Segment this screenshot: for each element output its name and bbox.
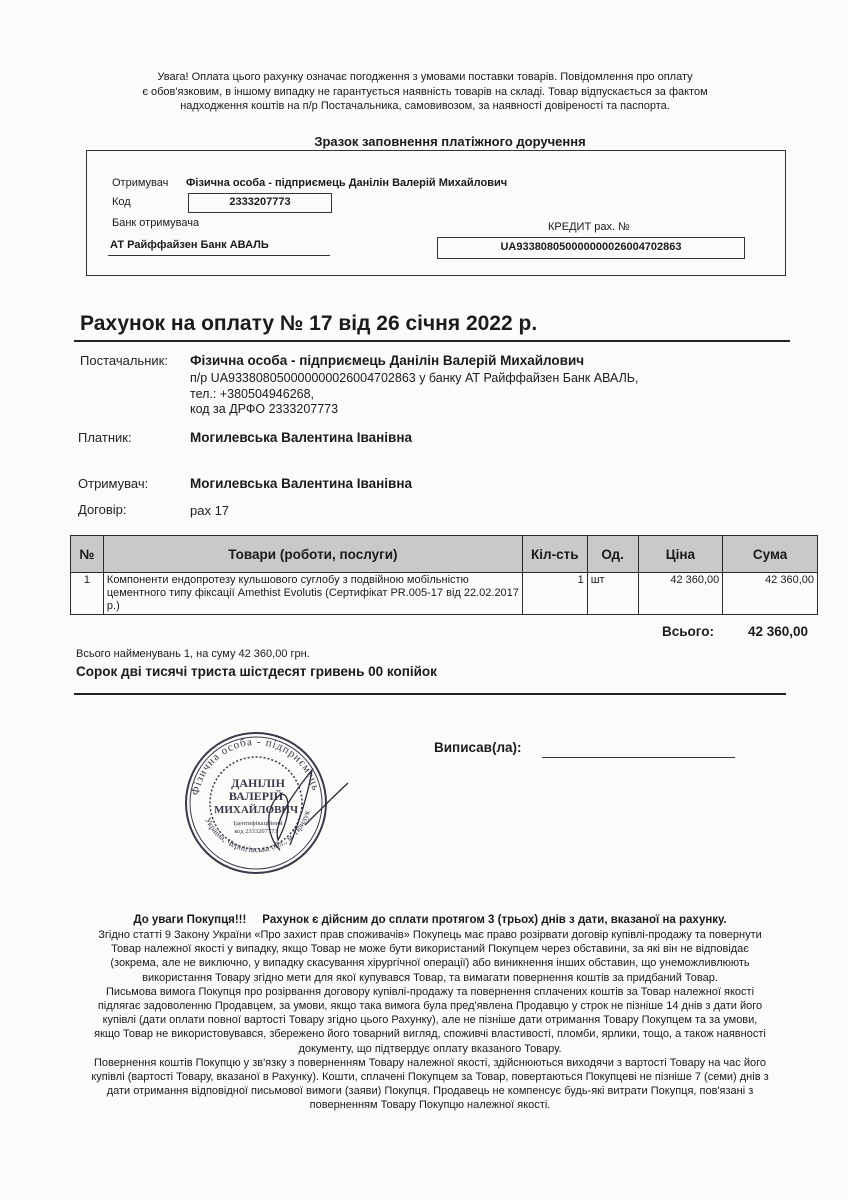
credit-label: КРЕДИТ рах. № — [548, 221, 630, 233]
legal-line: поверненням Товару Покупцю належної якос… — [74, 1098, 786, 1112]
supplier-details: п/р UA933808050000000026004702863 у банк… — [190, 371, 639, 418]
notice-line: є обов'язковим, в іншому випадку не гара… — [100, 85, 750, 100]
legal-line: використання Товару згідно мети для якої… — [74, 971, 786, 985]
payer-label: Платник: — [78, 430, 132, 445]
row-num: 1 — [71, 573, 104, 615]
stamp-seal-icon: Фізична особа - підприємець Україна, Чер… — [180, 725, 360, 875]
legal-line: купівлі (вартості Товару, вказаної в Рах… — [74, 1070, 786, 1084]
legal-heading: До уваги Покупця!!! Рахунок є дійсним до… — [80, 914, 780, 926]
legal-line: купівлі (дати оплати повної вартості Тов… — [74, 1013, 786, 1027]
legal-line: підлягає задоволенню Продавцем, за умови… — [74, 999, 786, 1013]
svg-text:Ідентифікаційний: Ідентифікаційний — [233, 820, 283, 827]
payment-notice: Увага! Оплата цього рахунку означає пого… — [100, 70, 750, 114]
total-label: Всього: — [662, 624, 714, 639]
notice-line: надходження коштів на п/р Постачальника,… — [100, 99, 750, 114]
supplier-phone: тел.: +380504946268, — [190, 387, 639, 403]
svg-text:ВАЛЕРІЙ: ВАЛЕРІЙ — [229, 789, 284, 803]
legal-line: Товар належної якості у випадку, якщо То… — [74, 942, 786, 956]
contract-label: Договір: — [78, 502, 127, 517]
svg-text:МИХАЙЛОВИЧ: МИХАЙЛОВИЧ — [214, 804, 298, 816]
title-rule — [74, 340, 790, 342]
row-goods: Компоненти ендопротезу кульшового суглоб… — [103, 573, 522, 615]
payment-sample-title: Зразок заповнення платіжного доручення — [80, 134, 820, 149]
notice-line: Увага! Оплата цього рахунку означає пого… — [100, 70, 750, 85]
svg-text:ДАНІЛІН: ДАНІЛІН — [231, 776, 286, 790]
signature-line — [542, 757, 735, 758]
row-price: 42 360,00 — [638, 573, 723, 615]
supplier-account: п/р UA933808050000000026004702863 у банк… — [190, 371, 639, 387]
invoice-title: Рахунок на оплату № 17 від 26 січня 2022… — [80, 312, 537, 336]
bank-label: Банк отримувача — [112, 217, 199, 229]
items-table: № Товари (роботи, послуги) Кіл-сть Од. Ц… — [70, 535, 818, 615]
legal-line: Згідно статті 9 Закону України «Про захи… — [74, 928, 786, 942]
legal-line: якщо Товар не використовувався, збережен… — [74, 1027, 786, 1041]
receiver-label: Отримувач: — [78, 476, 148, 491]
bank-underline — [108, 255, 330, 256]
col-price: Ціна — [638, 536, 723, 573]
col-goods: Товари (роботи, послуги) — [103, 536, 522, 573]
items-count-line: Всього найменувань 1, на суму 42 360,00 … — [76, 648, 310, 660]
contract-value: рах 17 — [190, 503, 229, 518]
issued-by-label: Виписав(ла): — [434, 740, 522, 755]
row-unit: шт — [587, 573, 638, 615]
row-sum: 42 360,00 — [723, 573, 818, 615]
code-value-box: 2333207773 — [188, 193, 332, 213]
col-unit: Од. — [587, 536, 638, 573]
legal-line: (зокрема, але не виключно, у випадку ска… — [74, 956, 786, 970]
table-row: 1 Компоненти ендопротезу кульшового сугл… — [71, 573, 818, 615]
bank-value: АТ Райффайзен Банк АВАЛЬ — [110, 239, 269, 251]
col-sum: Сума — [723, 536, 818, 573]
total-value: 42 360,00 — [748, 624, 808, 639]
recipient-value: Фізична особа - підприємець Данілін Вале… — [186, 177, 507, 189]
receiver-value: Могилевська Валентина Іванівна — [190, 476, 412, 491]
table-header-row: № Товари (роботи, послуги) Кіл-сть Од. Ц… — [71, 536, 818, 573]
company-stamp: Фізична особа - підприємець Україна, Чер… — [180, 725, 330, 875]
legal-line: документу, що підтвердує оплату вказаног… — [74, 1042, 786, 1056]
legal-text: Згідно статті 9 Закону України «Про захи… — [74, 928, 786, 1113]
supplier-name: Фізична особа - підприємець Данілін Вале… — [190, 353, 584, 368]
legal-line: дати отримання відповідної письмової вим… — [74, 1084, 786, 1098]
recipient-label: Отримувач — [112, 177, 168, 189]
col-qty: Кіл-сть — [522, 536, 587, 573]
words-rule — [74, 693, 786, 695]
supplier-tax-code: код за ДРФО 2333207773 — [190, 402, 639, 418]
payer-value: Могилевська Валентина Іванівна — [190, 430, 412, 445]
supplier-label: Постачальник: — [80, 353, 168, 368]
code-label: Код — [112, 196, 131, 208]
col-num: № — [71, 536, 104, 573]
row-qty: 1 — [522, 573, 587, 615]
amount-in-words: Сорок дві тисячі триста шістдесят гривен… — [76, 664, 437, 679]
legal-line: Письмова вимога Покупця про розірвання д… — [74, 985, 786, 999]
legal-line: Повернення коштів Покупцю у зв'язку з по… — [74, 1056, 786, 1070]
credit-account-box: UA933808050000000026004702863 — [437, 237, 745, 259]
